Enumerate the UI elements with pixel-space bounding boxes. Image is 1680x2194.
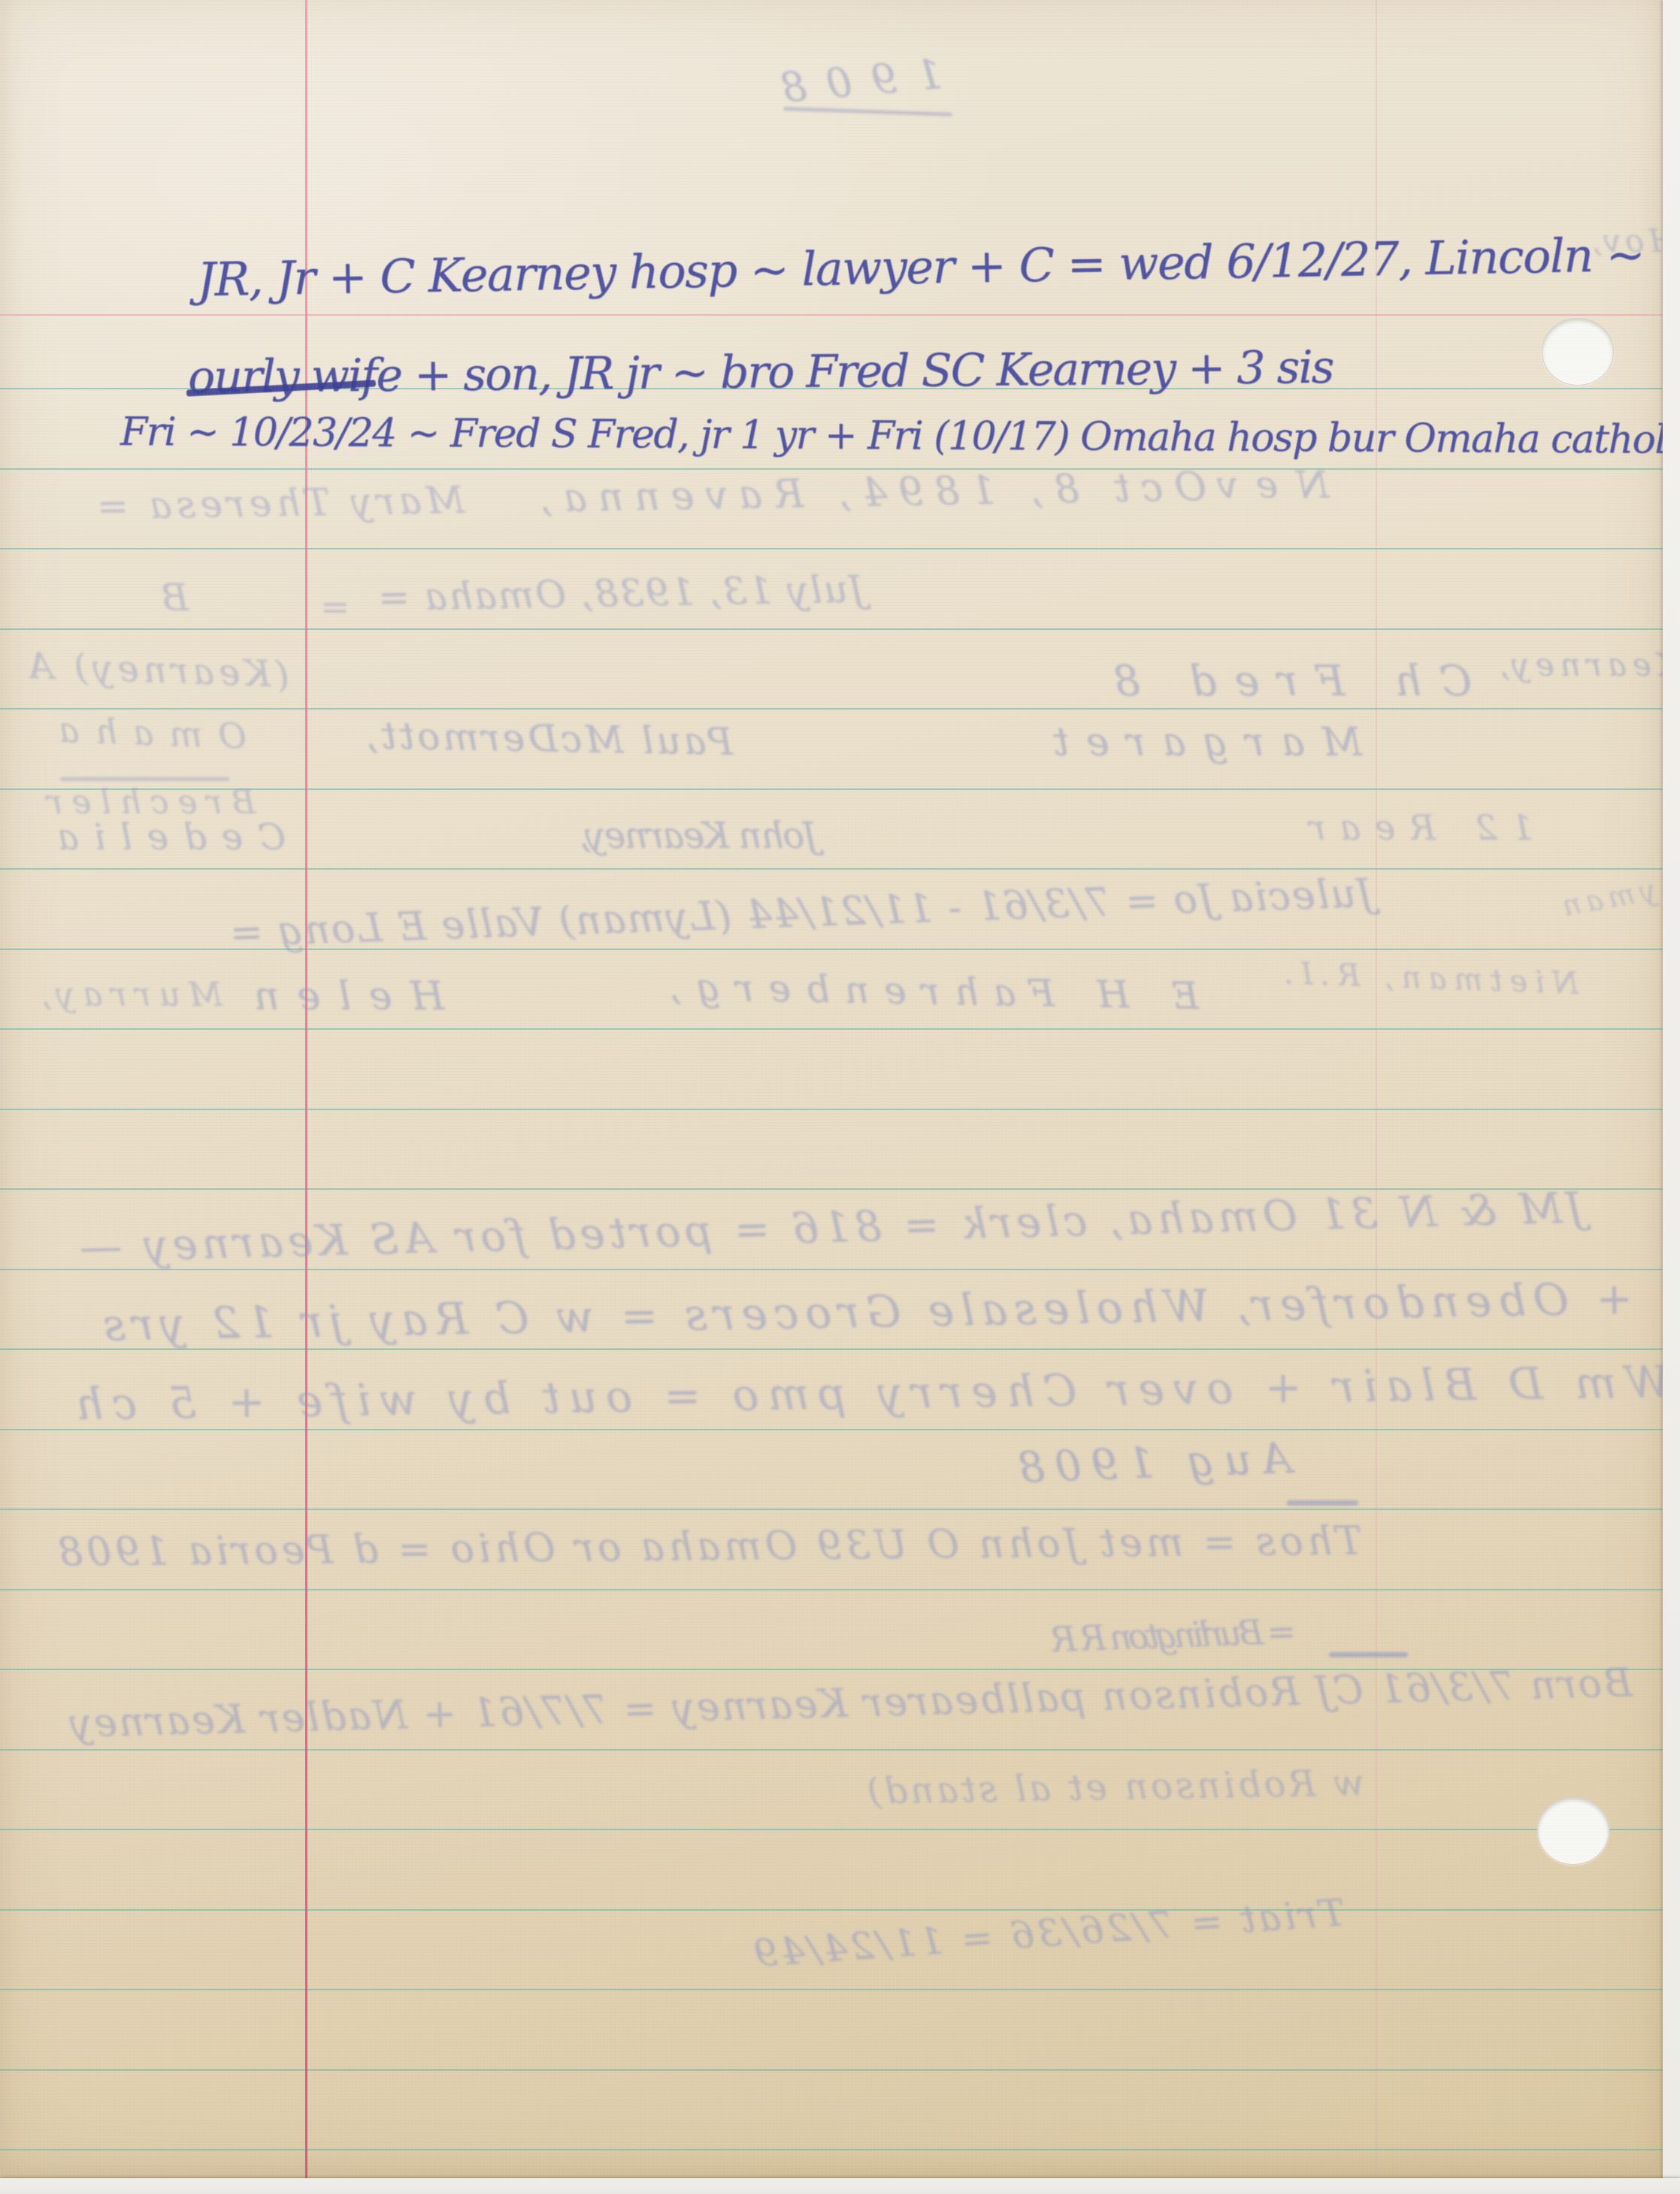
bleed-through-writing: Wm D Blair + over Cherry pmo = out by wi… xyxy=(114,1359,1671,1429)
bleed-through-writing: Oct 8, 1894, Ravenna, xyxy=(545,466,1207,521)
bleed-through-writing: E H Fahrenberg, xyxy=(673,967,1200,1017)
burlington-underline xyxy=(1329,1652,1408,1657)
bleed-through-writing: w Robinson et al stand) xyxy=(861,1763,1365,1811)
bleed-through-writing: Born 7/3/61 CJ Robinson pallbearer Kearn… xyxy=(114,1663,1633,1745)
ruled-line xyxy=(0,1509,1663,1510)
ruled-line xyxy=(0,1749,1663,1751)
bleed-through-writing: July 13, 1938, Omaha = xyxy=(406,569,865,619)
bleed-through-writing: 12 Rear xyxy=(1308,809,1533,847)
bleed-through-writing: Paul McDermott, xyxy=(391,716,734,763)
punch-hole xyxy=(1537,1797,1609,1865)
ruled-line xyxy=(0,1989,1663,1990)
bleed-through-writing: Mary Theresa = xyxy=(126,480,465,527)
ruled-line xyxy=(0,1269,1663,1270)
bleed-through-writing: JM & N 31 Omaha, clerk = 816 = ported fo… xyxy=(144,1185,1585,1269)
bleed-through-writing: Ch Fred 8 xyxy=(1111,658,1472,705)
bleed-through-writing: = Burlington R R xyxy=(1077,1612,1297,1658)
ruled-line xyxy=(0,1909,1663,1911)
ruled-line xyxy=(0,1829,1663,1830)
head-margin-line xyxy=(0,314,1663,316)
bleed-through-writing: Helen xyxy=(253,976,444,1018)
bleed-through-writing: Nev xyxy=(1216,465,1329,506)
bleed-through-writing: + Obendorfer, Wholesale Grocers = w C Ra… xyxy=(114,1275,1633,1349)
bleed-through-writing: Nietman, R.I. xyxy=(1277,957,1579,1000)
ruled-line xyxy=(0,468,1663,470)
scanner-edge-bottom xyxy=(0,2178,1680,2194)
ruled-line xyxy=(0,868,1663,870)
bleed-through-writing: Aug 1908 xyxy=(1035,1436,1292,1490)
year-underline xyxy=(783,107,952,117)
left-margin-line xyxy=(305,0,307,2178)
bleed-through-writing: (Kearney) A xyxy=(29,646,290,695)
right-margin-line-faint xyxy=(1376,0,1377,2178)
bleed-through-writing: B xyxy=(147,577,189,619)
left-scribble-underline xyxy=(60,777,229,781)
scanned-page: 1908Hov,Mary Theresa =Oct 8, 1894, Raven… xyxy=(0,0,1680,2194)
ruled-line xyxy=(0,1348,1663,1350)
ruled-line xyxy=(0,2069,1663,2071)
paper-texture xyxy=(0,0,1663,2178)
ruled-line xyxy=(0,1589,1663,1590)
ruled-line xyxy=(0,1109,1663,1110)
bleed-through-writing: Julecia Jo = 7/3/61 - 11/21/44 (Lyman) V… xyxy=(204,873,1373,956)
ruled-line xyxy=(0,628,1663,630)
bleed-through-writing: Kearney, xyxy=(1500,648,1680,682)
ruled-line xyxy=(0,2149,1663,2150)
ruled-line xyxy=(0,548,1663,549)
aug-1908-underline xyxy=(1287,1500,1358,1506)
ruled-line xyxy=(0,1028,1663,1030)
bleed-through-writing: Omaha xyxy=(43,710,247,755)
scanner-edge-right xyxy=(1663,0,1680,2194)
bleed-through-writing: Margaret xyxy=(1061,722,1362,764)
bleed-through-writing: Cedelia xyxy=(45,818,286,858)
bleed-through-writing: Murray, xyxy=(42,977,222,1013)
bleed-through-writing: John Kearney, xyxy=(592,816,818,856)
ink-handwriting-line: JR, Jr + C Kearney hosp ~ lawyer + C = w… xyxy=(197,230,1611,306)
ink-handwriting-line: ourly wife + son, JR jr ~ bro Fred SC Ke… xyxy=(188,342,1399,402)
punch-hole xyxy=(1542,318,1614,386)
bleed-through-writing: = xyxy=(316,588,350,626)
ruled-line xyxy=(0,708,1663,710)
ink-handwriting-line: Fri ~ 10/23/24 ~ Fred S Fred, jr 1 yr + … xyxy=(120,411,1586,461)
bleed-through-writing: Thos = met John O U39 Omaha or Ohio = d … xyxy=(114,1521,1362,1575)
ruled-line xyxy=(0,1429,1663,1430)
bleed-through-writing: 1908 xyxy=(783,52,944,110)
bleed-through-writing: Triat = 7/26/36 = 11/24/49 xyxy=(751,1893,1346,1975)
paper-sheet: 1908Hov,Mary Theresa =Oct 8, 1894, Raven… xyxy=(0,0,1663,2178)
